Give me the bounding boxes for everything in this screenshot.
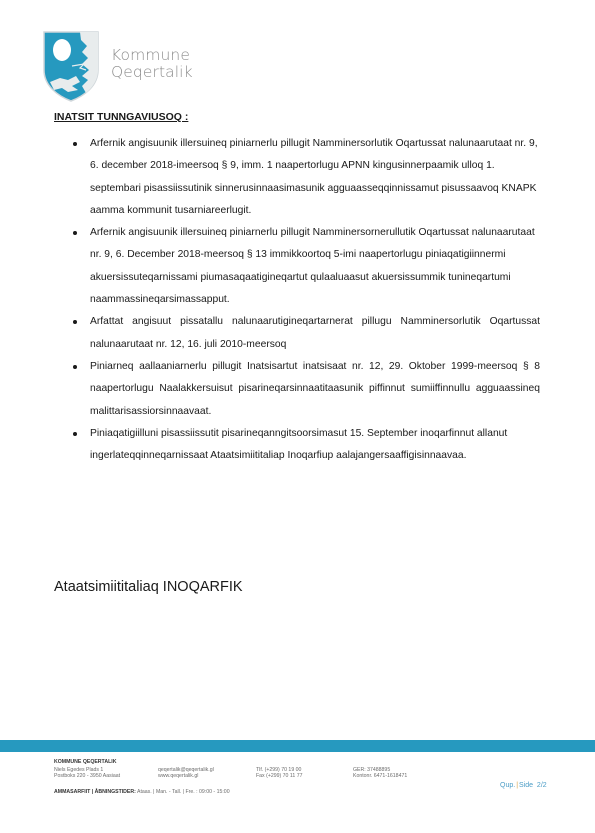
page-footer: KOMMUNE QEQERTALIK Niels Egedes Plads 1 … — [0, 758, 595, 828]
list-item-text: Piniaqatigiilluni pisassiissutit pisarin… — [90, 428, 507, 461]
signature: Ataatsimiititaliaq INOQARFIK — [54, 579, 243, 595]
logo-text: Kommune Qeqertalik — [111, 47, 193, 81]
list-item: Arfernik angisuunik illersuineq piniarne… — [54, 222, 540, 311]
logo-line-kommune: Kommune — [111, 47, 193, 64]
bullet-icon — [73, 142, 77, 146]
footer-opening-hours: AMMASARFIIT | ÅBNINGSTIDER: Ataas. | Man… — [54, 789, 230, 795]
footer-org-name: KOMMUNE QEQERTALIK — [54, 759, 116, 765]
coat-of-arms-icon — [42, 30, 100, 102]
list-item-text: Arfattat angisuut pissatallu nalunaaruti… — [90, 316, 540, 349]
kommune-qeqertalik-logo: Kommune Qeqertalik — [42, 30, 202, 102]
page-indicator: Qup.|Side 2/2 — [500, 782, 547, 789]
opening-hours-label: AMMASARFIIT | ÅBNINGSTIDER: — [54, 789, 136, 795]
footer-bar — [0, 740, 595, 752]
page-label-separator: | — [516, 782, 518, 789]
footer-account-number: Kontonr. 6471-1618471 — [353, 773, 407, 779]
page-label-da: Side — [519, 782, 533, 789]
list-item: Arfattat angisuut pissatallu nalunaaruti… — [54, 311, 540, 356]
footer-fax: Fax (+299) 70 11 77 — [256, 773, 302, 779]
legal-basis-list: Arfernik angisuunik illersuineq piniarne… — [54, 133, 540, 467]
logo-line-qeqertalik: Qeqertalik — [111, 64, 193, 81]
bullet-icon — [73, 432, 77, 436]
opening-hours-value: Ataas. | Man. - Tall. | Fre. : 09:00 - 1… — [137, 789, 230, 795]
bullet-icon — [73, 365, 77, 369]
list-item-text: Arfernik angisuunik illersuineq piniarne… — [90, 138, 538, 216]
list-item-text: Arfernik angisuunik illersuineq piniarne… — [90, 227, 535, 305]
section-heading: INATSIT TUNNGAVIUSOQ : — [54, 111, 188, 123]
page-number: 2/2 — [537, 782, 547, 789]
bullet-icon — [73, 231, 77, 235]
bullet-icon — [73, 320, 77, 324]
list-item: Piniaqatigiilluni pisassiissutit pisarin… — [54, 423, 540, 468]
list-item: Arfernik angisuunik illersuineq piniarne… — [54, 133, 540, 222]
footer-address-line2: Postboks 220 - 3950 Aasiaat — [54, 773, 120, 779]
list-item-text: Piniarneq aallaaniarnerlu pillugit Inats… — [90, 361, 540, 417]
page-label-kl: Qup. — [500, 782, 515, 789]
list-item: Piniarneq aallaaniarnerlu pillugit Inats… — [54, 356, 540, 423]
footer-website-link[interactable]: www.qeqertalik.gl — [158, 773, 198, 779]
